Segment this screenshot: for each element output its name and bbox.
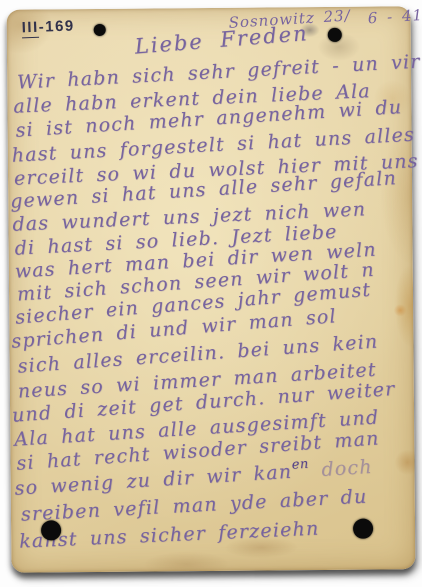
inserted-word: en [291, 455, 309, 476]
archival-number: III-169 [21, 17, 75, 36]
line-post: doch [321, 456, 374, 481]
archival-number-roman: III [21, 19, 39, 39]
letter-line: kanst uns sicher ferzeiehn [19, 519, 320, 552]
letter-card: III-169 Sosnowitz 23/6 - 41 Liebe Freden… [7, 6, 416, 573]
archival-number-rest: -169 [38, 17, 75, 35]
hole-punch-dot-bottom-left [41, 520, 61, 540]
hole-punch-dot-top-left [94, 24, 106, 36]
salutation: Liebe Freden [134, 21, 309, 59]
scanned-letter-image: III-169 Sosnowitz 23/6 - 41 Liebe Freden… [0, 0, 422, 587]
hole-punch-dot-top-right [328, 28, 342, 42]
hole-punch-dot-bottom-right [353, 519, 373, 539]
dateline-year: 6 - 41 [367, 6, 422, 27]
